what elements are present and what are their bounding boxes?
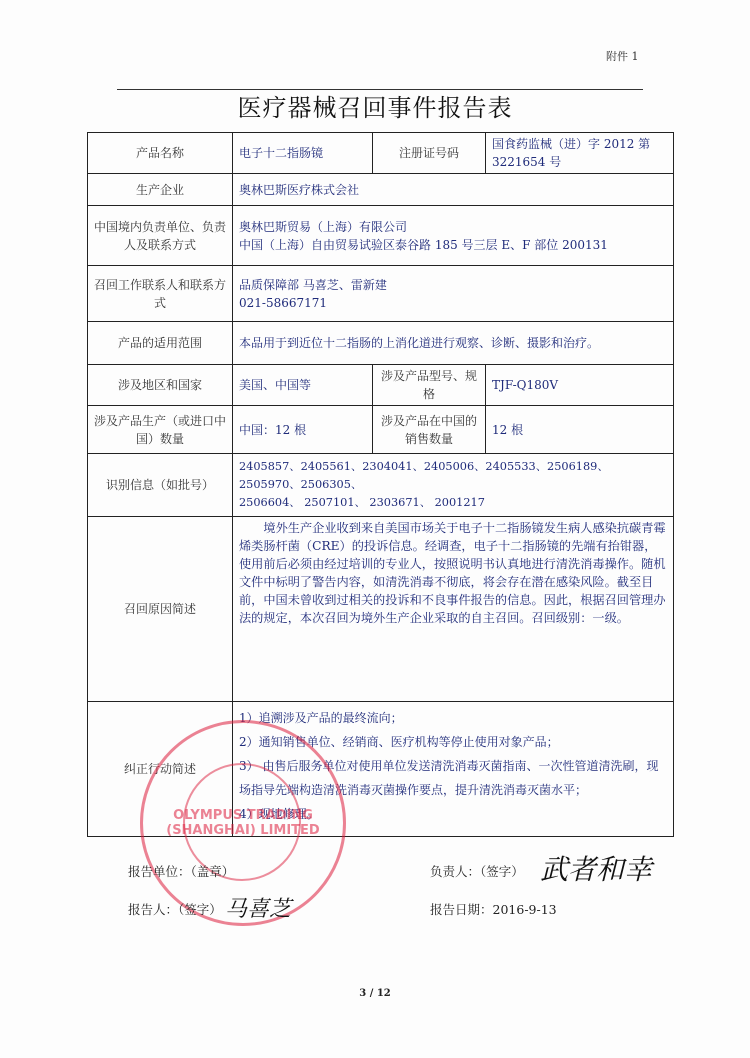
batch-numbers-line1: 2405857、2405561、2304041、2405006、2405533、… xyxy=(239,458,667,494)
recall-reason-value: 境外生产企业收到来自美国市场关于电子十二指肠镜发生病人感染抗碳青霉烯类肠杆菌（C… xyxy=(233,517,674,702)
manufacturer-label: 生产企业 xyxy=(88,174,233,206)
recall-contact-value: 品质保障部 马喜芝、雷新建 021-58667171 xyxy=(233,266,674,322)
china-agent-label: 中国境内负责单位、负责人及联系方式 xyxy=(88,206,233,266)
report-date-label: 报告日期： xyxy=(430,902,493,917)
row-identification: 识别信息（如批号） 2405857、2405561、2304041、240500… xyxy=(88,454,674,517)
recall-report-form: 产品名称 电子十二指肠镜 注册证号码 国食药监械（进）字 2012 第 3221… xyxy=(87,132,674,837)
corrective-action-item: 1）追溯涉及产品的最终流向； xyxy=(239,706,667,730)
corrective-action-item: 4）现地修理。 xyxy=(239,802,667,826)
report-date-value: 2016-9-13 xyxy=(493,902,557,917)
reporter-label: 报告人：（签字） xyxy=(128,900,222,918)
row-recall-contact: 召回工作联系人和联系方式 品质保障部 马喜芝、雷新建 021-58667171 xyxy=(88,266,674,322)
corrective-action-item: 2）通知销售单位、经销商、医疗机构等停止使用对象产品； xyxy=(239,730,667,754)
corrective-action-list: 1）追溯涉及产品的最终流向； 2）通知销售单位、经销商、医疗机构等停止使用对象产… xyxy=(233,702,674,837)
product-name-value: 电子十二指肠镜 xyxy=(233,133,373,174)
recall-contact-phone: 021-58667171 xyxy=(239,294,667,312)
production-qty-label: 涉及产品生产（或进口中国）数量 xyxy=(88,406,233,454)
row-china-agent: 中国境内负责单位、负责人及联系方式 奥林巴斯贸易（上海）有限公司 中国（上海）自… xyxy=(88,206,674,266)
china-agent-address: 中国（上海）自由贸易试验区泰谷路 185 号三层 E、F 部位 200131 xyxy=(239,236,667,254)
scope-label: 产品的适用范围 xyxy=(88,322,233,365)
row-regions-model: 涉及地区和国家 美国、中国等 涉及产品型号、规格 TJF-Q180V xyxy=(88,365,674,406)
china-agent-company: 奥林巴斯贸易（上海）有限公司 xyxy=(239,218,667,236)
row-product-name: 产品名称 电子十二指肠镜 注册证号码 国食药监械（进）字 2012 第 3221… xyxy=(88,133,674,174)
row-corrective-action: 纠正行动简述 1）追溯涉及产品的最终流向； 2）通知销售单位、经销商、医疗机构等… xyxy=(88,702,674,837)
row-quantities: 涉及产品生产（或进口中国）数量 中国：12 根 涉及产品在中国的销售数量 12 … xyxy=(88,406,674,454)
manufacturer-value: 奥林巴斯医疗株式会社 xyxy=(233,174,674,206)
batch-numbers-line2: 2506604、 2507101、 2303671、 2001217 xyxy=(239,494,667,512)
reporter-signature: 马喜芝 xyxy=(225,892,291,923)
document-title: 医疗器械召回事件报告表 xyxy=(0,90,750,126)
recall-contact-label: 召回工作联系人和联系方式 xyxy=(88,266,233,322)
scope-value: 本品用于到近位十二指肠的上消化道进行观察、诊断、摄影和治疗。 xyxy=(233,322,674,365)
row-recall-reason: 召回原因简述 境外生产企业收到来自美国市场关于电子十二指肠镜发生病人感染抗碳青霉… xyxy=(88,517,674,702)
corrective-action-item: 3） 由售后服务单位对使用单位发送清洗消毒灭菌指南、一次性管道清洗刷，现场指导先… xyxy=(239,754,667,802)
regions-label: 涉及地区和国家 xyxy=(88,365,233,406)
report-date: 报告日期：2016-9-13 xyxy=(430,900,557,918)
attachment-label: 附件 1 xyxy=(606,48,639,64)
registration-value: 国食药监械（进）字 2012 第 3221654 号 xyxy=(486,133,674,174)
responsible-label: 负责人：（签字） xyxy=(430,862,524,880)
china-agent-value: 奥林巴斯贸易（上海）有限公司 中国（上海）自由贸易试验区泰谷路 185 号三层 … xyxy=(233,206,674,266)
recall-reason-label: 召回原因简述 xyxy=(88,517,233,702)
product-name-label: 产品名称 xyxy=(88,133,233,174)
identification-label: 识别信息（如批号） xyxy=(88,454,233,517)
reporting-unit-label: 报告单位：（盖章） xyxy=(128,862,234,880)
corrective-action-label: 纠正行动简述 xyxy=(88,702,233,837)
row-manufacturer: 生产企业 奥林巴斯医疗株式会社 xyxy=(88,174,674,206)
page-number: 3 / 12 xyxy=(0,988,750,999)
production-qty-value: 中国：12 根 xyxy=(233,406,373,454)
row-scope: 产品的适用范围 本品用于到近位十二指肠的上消化道进行观察、诊断、摄影和治疗。 xyxy=(88,322,674,365)
identification-value: 2405857、2405561、2304041、2405006、2405533、… xyxy=(233,454,674,517)
responsible-signature: 武者和幸 xyxy=(540,848,652,888)
model-label: 涉及产品型号、规格 xyxy=(373,365,486,406)
sales-qty-value: 12 根 xyxy=(486,406,674,454)
sales-qty-label: 涉及产品在中国的销售数量 xyxy=(373,406,486,454)
model-value: TJF-Q180V xyxy=(486,365,674,406)
regions-value: 美国、中国等 xyxy=(233,365,373,406)
registration-label: 注册证号码 xyxy=(373,133,486,174)
recall-contact-names: 品质保障部 马喜芝、雷新建 xyxy=(239,276,667,294)
